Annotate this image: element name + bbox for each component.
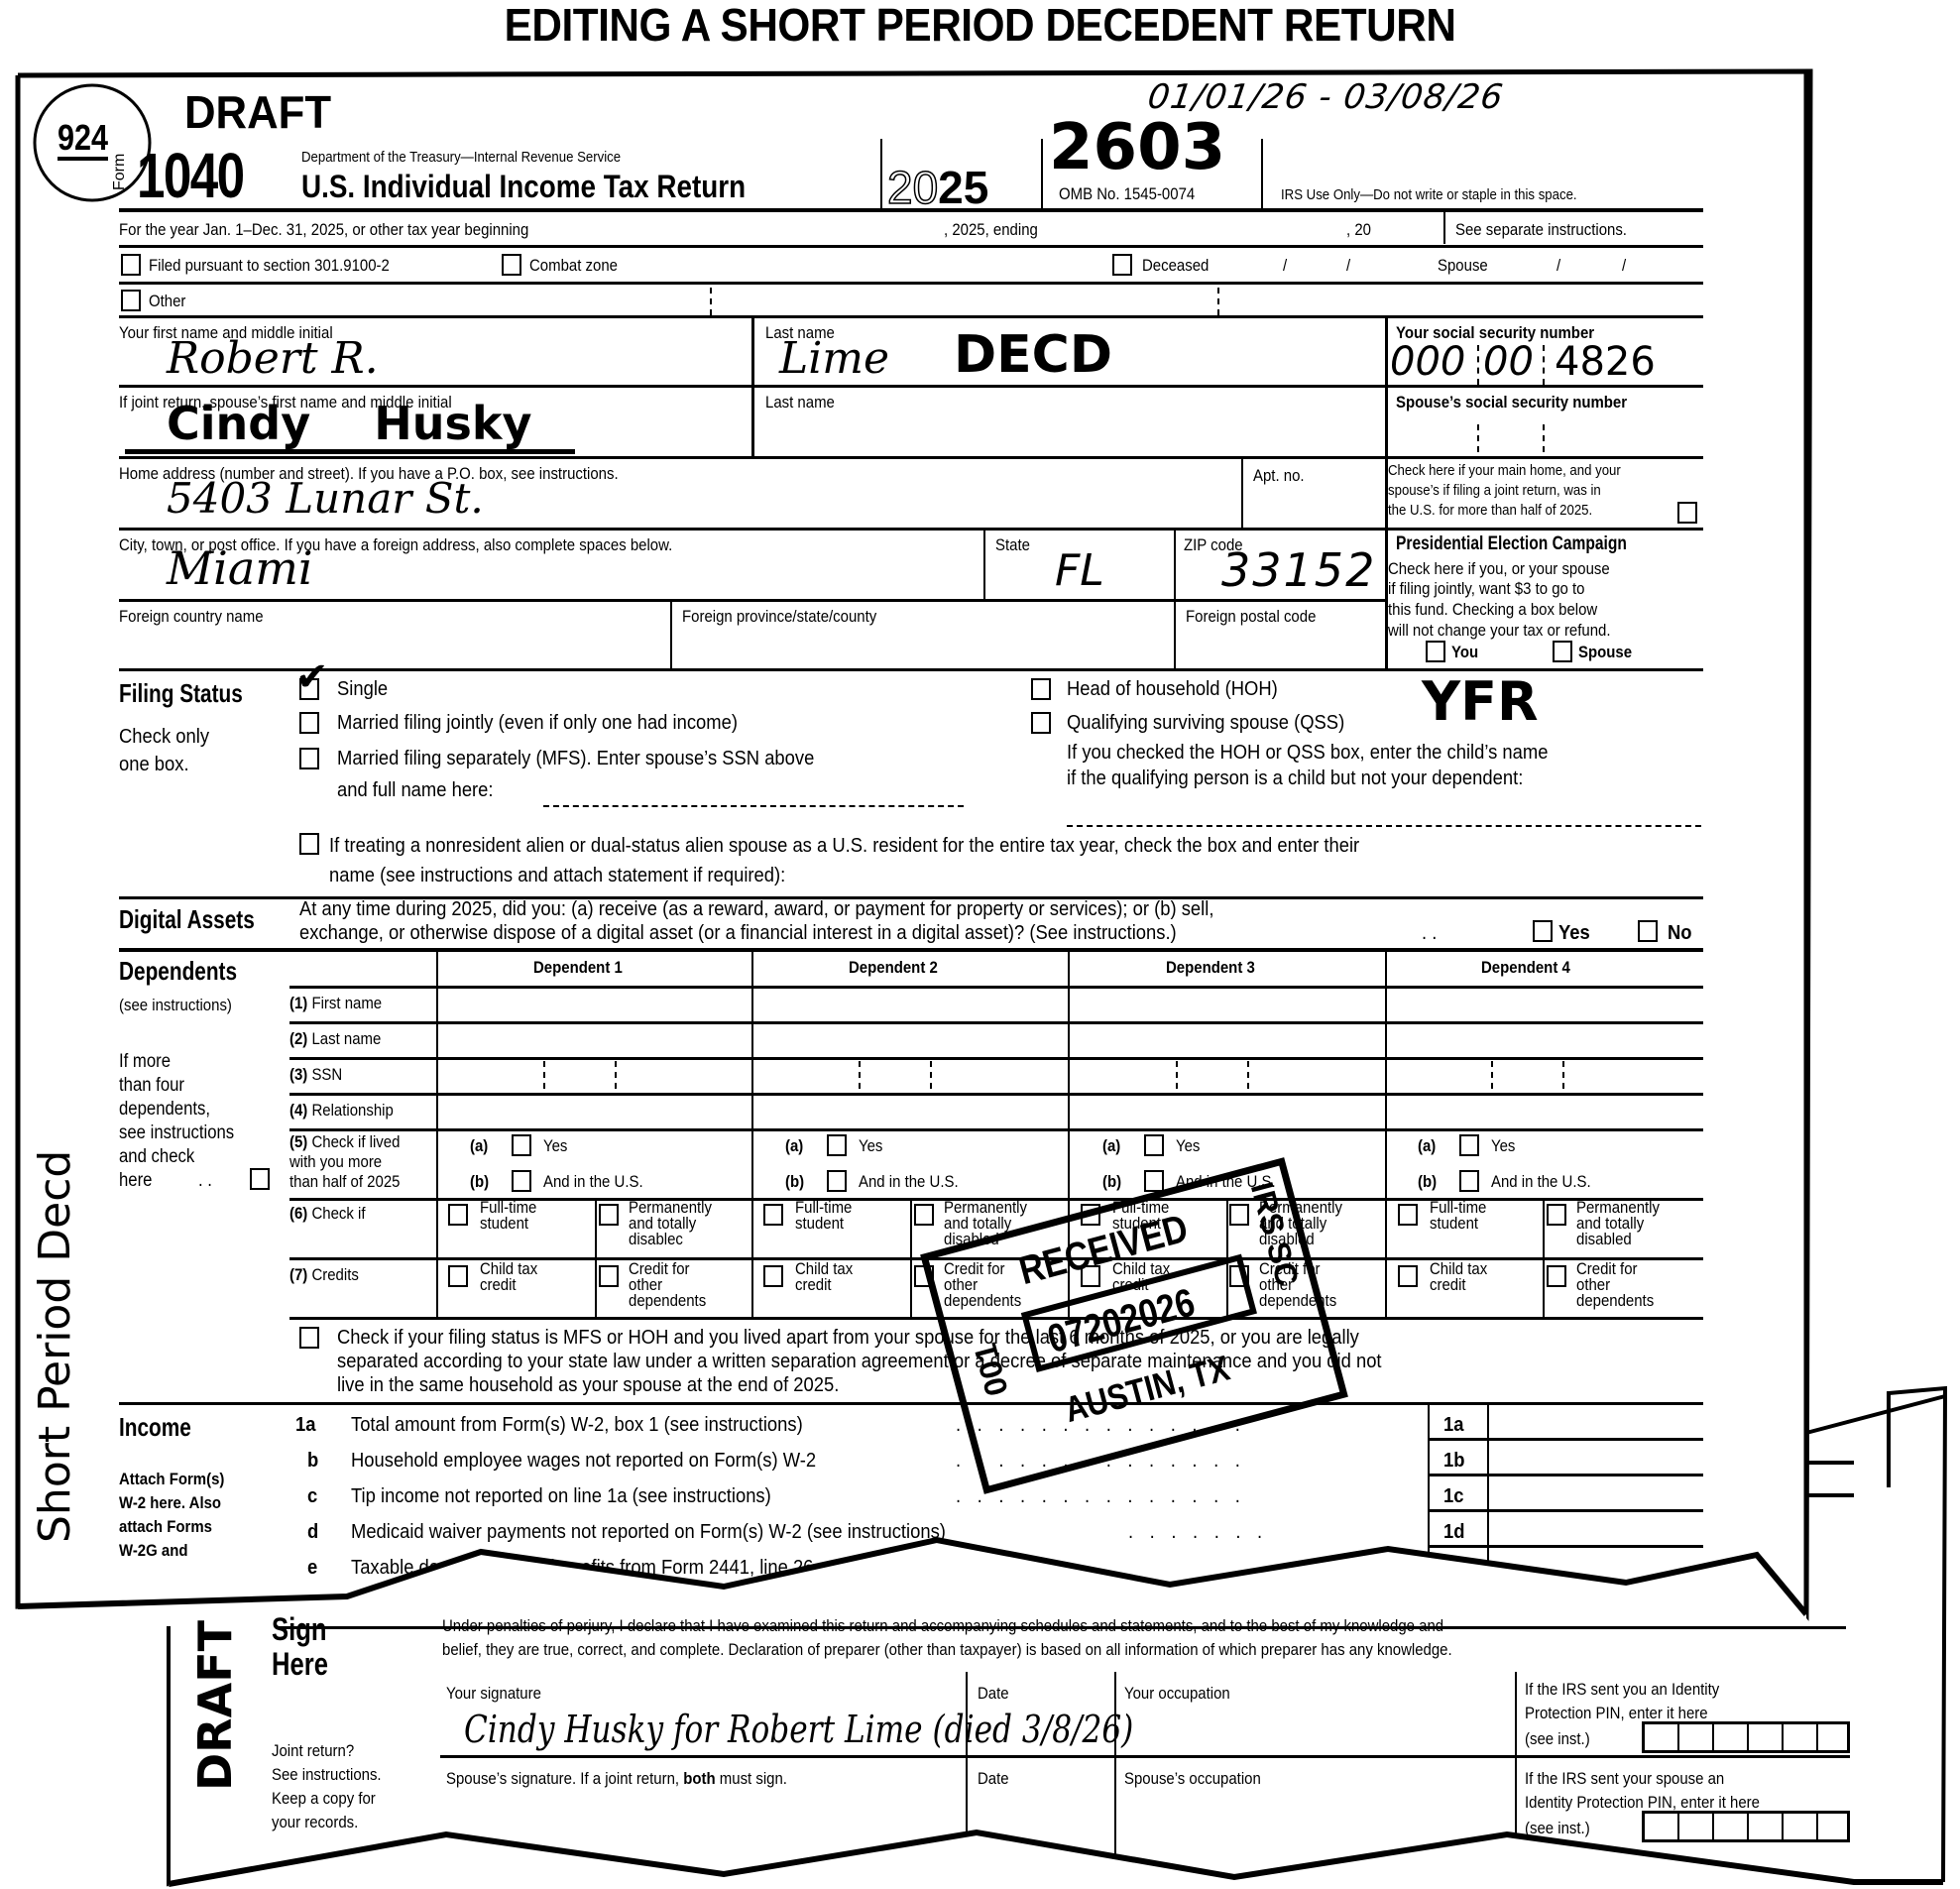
yes-label: Yes xyxy=(1176,1136,1200,1156)
ssn-part-3[interactable]: 4826 xyxy=(1555,339,1656,385)
pec-text-4: will not change your tax or refund. xyxy=(1388,621,1611,641)
in-us-label: And in the U.S. xyxy=(859,1172,959,1192)
combat-zone-label: Combat zone xyxy=(529,256,618,276)
dep4-odc-label: Credit forotherdependents xyxy=(1576,1261,1654,1309)
line-box-label: 1b xyxy=(1443,1450,1464,1473)
pec-text-2: if filing jointly, want $3 to go to xyxy=(1388,579,1584,599)
dep3-lived-yes-checkbox[interactable] xyxy=(1144,1134,1164,1156)
dep3-lived-us-checkbox[interactable] xyxy=(1144,1170,1164,1192)
nra-text-2: name (see instructions and attach statem… xyxy=(329,865,785,887)
hoh-label: Head of household (HOH) xyxy=(1067,678,1278,701)
income-title: Income xyxy=(119,1412,191,1443)
tax-year-bold: 25 xyxy=(938,162,988,213)
income-attach-3: attach Forms xyxy=(119,1517,212,1537)
main-home-text-2: spouse’s if filing a joint return, was i… xyxy=(1388,482,1601,500)
line-1d-amount[interactable] xyxy=(1489,1513,1703,1543)
perjury-text-2: belief, they are true, correct, and comp… xyxy=(442,1640,1452,1660)
dependent-col-3: Dependent 3 xyxy=(1166,958,1255,978)
a-label: (a) xyxy=(1102,1136,1120,1156)
state-value[interactable]: FL xyxy=(1055,545,1104,596)
dep4-fts-checkbox[interactable] xyxy=(1398,1204,1418,1226)
digital-assets-yes-label: Yes xyxy=(1558,922,1590,945)
child-note-2: if the qualifying person is a child but … xyxy=(1067,767,1523,790)
digital-assets-q1: At any time during 2025, did you: (a) re… xyxy=(299,898,1213,921)
b-label: (b) xyxy=(1102,1172,1121,1192)
dep1-ptd-checkbox[interactable] xyxy=(599,1204,619,1226)
mfs-label-2: and full name here: xyxy=(337,779,494,802)
perjury-text-1: Under penalties of perjury, I declare th… xyxy=(442,1616,1443,1636)
pec-spouse-checkbox[interactable] xyxy=(1553,641,1572,662)
yes-label: Yes xyxy=(1491,1136,1515,1156)
form-number: 1040 xyxy=(137,139,244,212)
spouse-occupation-label: Spouse’s occupation xyxy=(1124,1769,1261,1789)
irs-use-only: IRS Use Only—Do not write or staple in t… xyxy=(1281,186,1577,204)
dep4-ptd-label: Permanentlyand totallydisabled xyxy=(1576,1200,1660,1247)
line-text: Taxable dependent care benefits from For… xyxy=(351,1557,813,1580)
dep4-fts-label: Full-timestudent xyxy=(1430,1200,1486,1232)
dep4-lived-us-checkbox[interactable] xyxy=(1459,1170,1479,1192)
line-1a-amount[interactable] xyxy=(1489,1408,1703,1438)
other-label: Other xyxy=(149,292,185,311)
foreign-postal-label: Foreign postal code xyxy=(1186,607,1316,627)
deceased-label: Deceased xyxy=(1142,256,1209,276)
short-period-side-note: Short Period Decd xyxy=(30,1150,80,1543)
see-separate-instructions: See separate instructions. xyxy=(1455,220,1627,240)
dep-row-ssn: (3) SSN xyxy=(289,1065,342,1085)
yymm-annotation: 2603 xyxy=(1049,111,1225,184)
b-label: (b) xyxy=(785,1172,804,1192)
more-than-four-checkbox[interactable] xyxy=(250,1168,270,1190)
ippin-you-2: Protection PIN, enter it here xyxy=(1525,1704,1708,1723)
pec-title: Presidential Election Campaign xyxy=(1396,533,1627,555)
spouse-last-name-label: Last name xyxy=(765,393,835,413)
last-name-value[interactable]: Lime xyxy=(779,333,889,384)
dep1-lived-yes-checkbox[interactable] xyxy=(512,1134,531,1156)
digital-assets-title: Digital Assets xyxy=(119,904,255,935)
checkmark-icon: ✔ xyxy=(295,654,329,700)
ippin-spouse-1: If the IRS sent your spouse an xyxy=(1525,1769,1724,1789)
dep2-fts-checkbox[interactable] xyxy=(763,1204,783,1226)
mfj-checkbox[interactable] xyxy=(299,712,319,734)
mfs-hoh-lived-apart-checkbox[interactable] xyxy=(299,1327,319,1349)
line-num: d xyxy=(307,1521,318,1544)
line-num: b xyxy=(307,1450,318,1473)
filing-status-title: Filing Status xyxy=(119,678,243,709)
dependents-more-1: If more xyxy=(119,1051,171,1073)
deceased-date-slash-1: / xyxy=(1283,256,1287,276)
joint-return-note-4: your records. xyxy=(272,1813,358,1832)
dep2-lived-us-checkbox[interactable] xyxy=(827,1170,847,1192)
deceased-date-slash-2: / xyxy=(1346,256,1350,276)
main-home-text-1: Check here if your main home, and your xyxy=(1388,462,1621,480)
line-text: Medicaid waiver payments not reported on… xyxy=(351,1521,946,1544)
line-box-label: 1d xyxy=(1443,1521,1464,1544)
line-box-label: 1c xyxy=(1443,1485,1463,1508)
mfj-label: Married filing jointly (even if only one… xyxy=(337,712,738,735)
tax-year: 2025 xyxy=(887,161,988,214)
qss-checkbox[interactable] xyxy=(1031,712,1051,734)
sign-title-1: Sign xyxy=(272,1611,326,1648)
your-signature-label: Your signature xyxy=(446,1684,541,1704)
spouse-first-name-value[interactable]: Cindy Husky xyxy=(167,397,531,450)
dependent-col-1: Dependent 1 xyxy=(533,958,623,978)
dependent-col-2: Dependent 2 xyxy=(849,958,938,978)
pec-you-label: You xyxy=(1451,643,1478,662)
tax-year-twenty: , 20 xyxy=(1346,220,1371,240)
dep2-ptd-checkbox[interactable] xyxy=(914,1204,934,1226)
dep-row-lived-1: (5) Check if lived xyxy=(289,1132,400,1152)
dep4-ctc-label: Child taxcredit xyxy=(1430,1261,1487,1293)
dep-row-relationship: (4) Relationship xyxy=(289,1101,394,1121)
line-num: c xyxy=(307,1485,317,1508)
your-occupation-label: Your occupation xyxy=(1124,1684,1230,1704)
stamp-date: 07202026 xyxy=(1043,1280,1200,1362)
dep4-odc-checkbox[interactable] xyxy=(1547,1265,1566,1287)
pec-text-1: Check here if you, or your spouse xyxy=(1388,559,1610,579)
dep2-fts-label: Full-timestudent xyxy=(795,1200,852,1232)
line-text: Total amount from Form(s) W-2, box 1 (se… xyxy=(351,1414,803,1437)
dependents-title: Dependents xyxy=(119,956,237,987)
line-1c-amount[interactable] xyxy=(1489,1477,1703,1507)
dependent-col-4: Dependent 4 xyxy=(1481,958,1570,978)
income-attach-4: W-2G and xyxy=(119,1541,188,1561)
ippin-spouse-boxes[interactable] xyxy=(1642,1811,1850,1842)
spouse-ssn-label: Spouse’s social security number xyxy=(1396,393,1627,413)
foreign-province-label: Foreign province/state/county xyxy=(682,607,876,627)
yes-label: Yes xyxy=(543,1136,567,1156)
zip-value[interactable]: 33152 xyxy=(1221,543,1376,597)
dep4-ptd-checkbox[interactable] xyxy=(1547,1204,1566,1226)
deceased-checkbox[interactable] xyxy=(1112,254,1132,276)
child-name-field[interactable] xyxy=(1067,825,1701,827)
tax-year-ending: , 2025, ending xyxy=(944,220,1038,240)
line-1b-amount[interactable] xyxy=(1489,1442,1703,1472)
dependents-more-4: see instructions xyxy=(119,1122,234,1144)
dep4-ctc-checkbox[interactable] xyxy=(1398,1265,1418,1287)
first-name-value[interactable]: Robert R. xyxy=(167,333,379,384)
decd-annotation: DECD xyxy=(954,325,1112,385)
dependents-more-dots: . . xyxy=(198,1170,212,1192)
dependents-sub: (see instructions) xyxy=(119,996,232,1015)
ippin-you-1: If the IRS sent you an Identity xyxy=(1525,1680,1719,1700)
ippin-you-3: (see inst.) xyxy=(1525,1729,1590,1749)
mfs-spouse-name-field[interactable] xyxy=(543,805,964,807)
ssn-part-2[interactable]: 00 xyxy=(1483,339,1534,385)
dep1-ptd-label: Permanentlyand totallydisablec xyxy=(629,1200,712,1247)
main-home-checkbox[interactable] xyxy=(1677,502,1697,524)
spouse-deceased-label: Spouse xyxy=(1438,256,1488,276)
joint-return-note-2: See instructions. xyxy=(272,1765,382,1785)
pec-you-checkbox[interactable] xyxy=(1426,641,1445,662)
combat-zone-checkbox[interactable] xyxy=(502,254,521,276)
dep1-ctc-checkbox[interactable] xyxy=(448,1265,468,1287)
digital-assets-no-checkbox[interactable] xyxy=(1638,920,1658,942)
dependents-more-3: dependents, xyxy=(119,1099,210,1121)
child-note-1: If you checked the HOH or QSS box, enter… xyxy=(1067,742,1548,765)
dept-treasury: Department of the Treasury—Internal Reve… xyxy=(301,149,621,167)
dep-row-last-name: (2) Last name xyxy=(289,1029,381,1049)
state-label: State xyxy=(995,535,1030,555)
spouse-date-slash-1: / xyxy=(1556,256,1560,276)
b-label: (b) xyxy=(1418,1172,1437,1192)
apt-no-label: Apt. no. xyxy=(1253,466,1305,486)
yes-label: Yes xyxy=(859,1136,882,1156)
in-us-label: And in the U.S. xyxy=(543,1172,643,1192)
pec-spouse-label: Spouse xyxy=(1578,643,1632,662)
line-box-label: 1a xyxy=(1443,1414,1463,1437)
draft-label-top: DRAFT xyxy=(184,85,331,139)
dep-row-check-if: (6) Check if xyxy=(289,1204,366,1224)
tax-year-line: For the year Jan. 1–Dec. 31, 2025, or ot… xyxy=(119,220,528,240)
dep-row-lived-3: than half of 2025 xyxy=(289,1172,400,1192)
draft-label-side: DRAFT xyxy=(188,1620,242,1791)
dep1-fts-checkbox[interactable] xyxy=(448,1204,468,1226)
dep1-ctc-label: Child taxcredit xyxy=(480,1261,537,1293)
nra-text-1: If treating a nonresident alien or dual-… xyxy=(329,835,1359,858)
dep-row-credits: (7) Credits xyxy=(289,1265,359,1285)
spouse-date-label: Date xyxy=(978,1769,1009,1789)
pec-text-3: this fund. Checking a box below xyxy=(1388,600,1597,620)
hoh-checkbox[interactable] xyxy=(1031,678,1051,700)
dep4-lived-yes-checkbox[interactable] xyxy=(1459,1134,1479,1156)
home-address-value[interactable]: 5403 Lunar St. xyxy=(167,474,484,523)
ippin-you-boxes[interactable] xyxy=(1642,1721,1850,1753)
in-us-label: And in the U.S. xyxy=(1491,1172,1591,1192)
dep1-lived-us-checkbox[interactable] xyxy=(512,1170,531,1192)
income-attach-1: Attach Form(s) xyxy=(119,1470,224,1489)
a-label: (a) xyxy=(1418,1136,1436,1156)
joint-return-note-1: Joint return? xyxy=(272,1741,354,1761)
a-label: (a) xyxy=(785,1136,803,1156)
sign-title-2: Here xyxy=(272,1646,328,1683)
ippin-spouse-3: (see inst.) xyxy=(1525,1819,1590,1838)
dep2-ctc-label: Child taxcredit xyxy=(795,1261,853,1293)
joint-return-note-3: Keep a copy for xyxy=(272,1789,376,1809)
single-label: Single xyxy=(337,678,388,701)
dependents-more-6: here xyxy=(119,1170,152,1192)
dependents-more-2: than four xyxy=(119,1075,184,1097)
dep-row-lived-2: with you more xyxy=(289,1152,382,1172)
line-num: e xyxy=(307,1557,317,1580)
spouse-signature-label: Spouse’s signature. If a joint return, b… xyxy=(446,1769,787,1789)
filed-pursuant-label: Filed pursuant to section 301.9100-2 xyxy=(149,256,390,276)
spouse-date-slash-2: / xyxy=(1622,256,1626,276)
digital-assets-q2: exchange, or otherwise dispose of a digi… xyxy=(299,922,1177,945)
digital-assets-yes-checkbox[interactable] xyxy=(1533,920,1553,942)
digital-assets-dots: . . xyxy=(1422,922,1437,945)
qss-label: Qualifying surviving spouse (QSS) xyxy=(1067,712,1344,735)
mfs-hoh-text-3: live in the same household as your spous… xyxy=(337,1374,839,1397)
leader-dots: ....... xyxy=(1128,1521,1279,1544)
mfs-label: Married filing separately (MFS). Enter s… xyxy=(337,748,814,770)
dep1-odc-label: Credit forotherdependents xyxy=(629,1261,706,1309)
yfr-annotation: YFR xyxy=(1422,670,1539,733)
line-text: Household employee wages not reported on… xyxy=(351,1450,816,1473)
mfs-checkbox[interactable] xyxy=(299,748,319,769)
line-text: Tip income not reported on line 1a (see … xyxy=(351,1485,771,1508)
digital-assets-no-label: No xyxy=(1668,922,1692,945)
line-box-label: 1e xyxy=(1443,1557,1463,1580)
dep2-ctc-checkbox[interactable] xyxy=(763,1265,783,1287)
your-date-label: Date xyxy=(978,1684,1009,1704)
dependents-more-5: and check xyxy=(119,1146,194,1168)
omb-number: OMB No. 1545-0074 xyxy=(1059,184,1195,204)
form-word: Form xyxy=(111,154,129,190)
b-label: (b) xyxy=(470,1172,489,1192)
nra-spouse-checkbox[interactable] xyxy=(299,833,319,855)
dep1-fts-label: Full-timestudent xyxy=(480,1200,536,1232)
foreign-country-label: Foreign country name xyxy=(119,607,264,627)
ippin-spouse-2: Identity Protection PIN, enter it here xyxy=(1525,1793,1760,1813)
dep2-lived-yes-checkbox[interactable] xyxy=(827,1134,847,1156)
income-attach-2: W-2 here. Also xyxy=(119,1493,221,1513)
stamp-side-left: 001 xyxy=(967,1340,1016,1400)
stamp-location: AUSTIN, TX xyxy=(1060,1348,1233,1432)
dep-row-first-name: (1) First name xyxy=(289,994,382,1013)
dep1-odc-checkbox[interactable] xyxy=(599,1265,619,1287)
form-title: U.S. Individual Income Tax Return xyxy=(301,169,746,205)
filed-pursuant-checkbox[interactable] xyxy=(121,254,141,276)
your-signature-value[interactable]: Cindy Husky for Robert Lime (died 3/8/26… xyxy=(464,1708,1133,1751)
a-label: (a) xyxy=(470,1136,488,1156)
filing-status-sub-1: Check only xyxy=(119,726,209,749)
city-value[interactable]: Miami xyxy=(167,541,313,595)
tax-year-outline: 20 xyxy=(887,162,938,213)
ssn-part-1[interactable]: 000 xyxy=(1390,339,1465,385)
filing-status-sub-2: one box. xyxy=(119,754,189,776)
line-num: 1a xyxy=(295,1414,315,1437)
main-home-text-3: the U.S. for more than half of 2025. xyxy=(1388,502,1592,520)
other-checkbox[interactable] xyxy=(121,290,141,311)
circle-annotation-924: 924 xyxy=(58,119,108,161)
